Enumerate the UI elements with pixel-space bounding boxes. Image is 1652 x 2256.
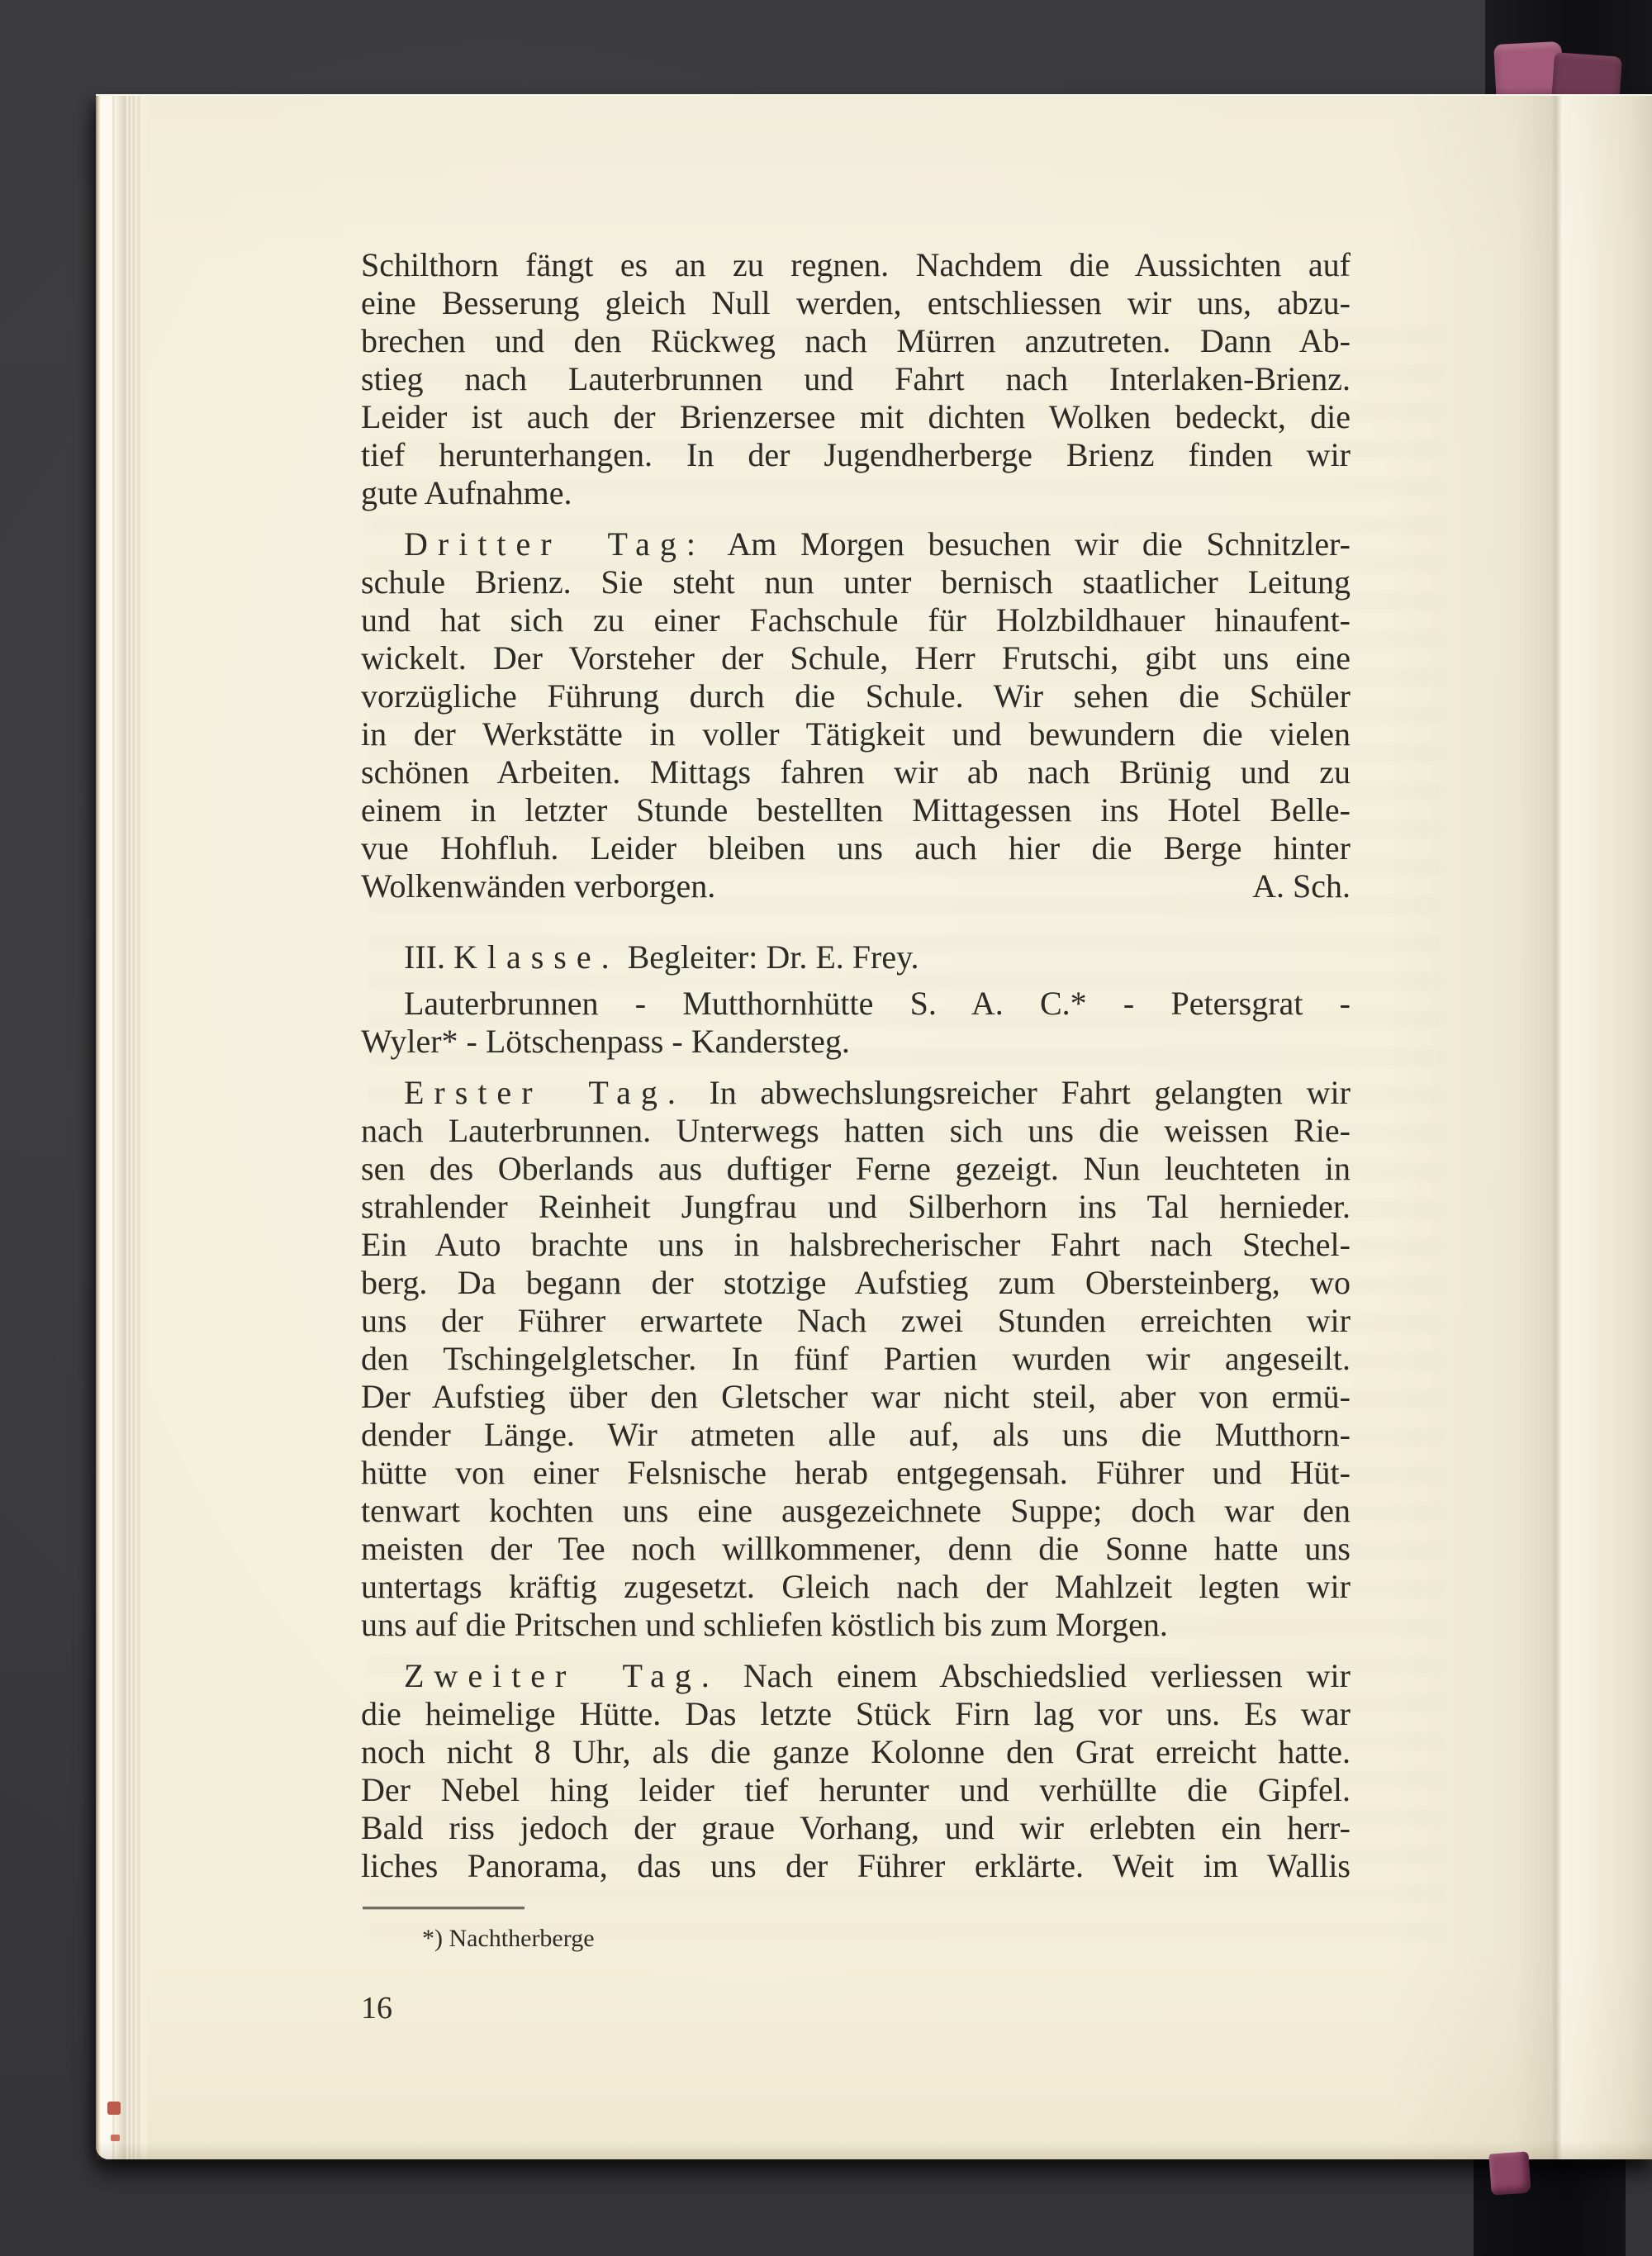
text-line-content: Dritter Tag: Am Morgen besuchen wir die … [404,525,1351,563]
text-line: nach Lauterbrunnen. Unterwegs hatten sic… [361,1112,1351,1150]
text-line-content: und hat sich zu einer Fachschule für Hol… [361,601,1351,639]
text-line: berg. Da begann der stotzige Aufstieg zu… [361,1264,1351,1302]
text-line: tief herunterhangen. In der Jugendherber… [361,436,1351,474]
text-line-content: wickelt. Der Vorsteher der Schule, Herr … [361,639,1351,677]
text-line-content: Wyler* - Lötschenpass - Kandersteg. [361,1023,850,1060]
text-line: stieg nach Lauterbrunnen und Fahrt nach … [361,360,1351,398]
text-line-content: sen des Oberlands aus duftiger Ferne gez… [361,1150,1351,1187]
text-line-content: Zweiter Tag. Nach einem Abschiedslied ve… [404,1657,1351,1694]
text-line: schönen Arbeiten. Mittags fahren wir ab … [361,753,1351,791]
text-line-content: tief herunterhangen. In der Jugendherber… [361,436,1351,473]
text-line-content: brechen und den Rückweg nach Mürren anzu… [361,322,1351,359]
text-line: Erster Tag. In abwechslungsreicher Fahrt… [361,1074,1351,1112]
book-page: Schilthorn fängt es an zu regnen. Nachde… [96,94,1652,2159]
text-line: brechen und den Rückweg nach Mürren anzu… [361,322,1351,360]
text-line: Leider ist auch der Brienzersee mit dich… [361,398,1351,436]
footnote-divider [363,1907,525,1909]
text-line: strahlender Reinheit Jungfrau und Silber… [361,1188,1351,1226]
text-line: Bald riss jedoch der graue Vorhang, und … [361,1809,1351,1847]
text-line: sen des Oberlands aus duftiger Ferne gez… [361,1150,1351,1188]
text-line: vue Hohfluh. Leider bleiben uns auch hie… [361,829,1351,867]
paragraph: Schilthorn fängt es an zu regnen. Nachde… [361,246,1351,512]
text-line: Der Nebel hing leider tief herunter und … [361,1771,1351,1809]
text-line: Lauterbrunnen - Mutthornhütte S. A. C.* … [361,985,1351,1023]
page-bottom-shading [96,2141,1652,2159]
page-stack-edges [96,96,147,2159]
footnote: *) Nachtherberge [361,1924,1351,1954]
text-line-content: Der Aufstieg über den Gletscher war nich… [361,1378,1351,1415]
text-line-content: Schilthorn fängt es an zu regnen. Nachde… [361,246,1351,283]
text-line: uns auf die Pritschen und schliefen köst… [361,1606,1351,1644]
text-line-content: Der Nebel hing leider tief herunter und … [361,1771,1351,1808]
text-line-content: nach Lauterbrunnen. Unterwegs hatten sic… [361,1112,1351,1149]
text-line: Schilthorn fängt es an zu regnen. Nachde… [361,246,1351,284]
text-line-content: Bald riss jedoch der graue Vorhang, und … [361,1809,1351,1846]
text-line: dender Länge. Wir atmeten alle auf, als … [361,1416,1351,1454]
text-line: uns der Führer erwartete Nach zwei Stund… [361,1302,1351,1340]
page-edge-red-mark [111,2135,120,2141]
text-line-content: eine Besserung gleich Null werden, entsc… [361,284,1351,321]
page-edge-red-mark [107,2102,121,2115]
text-line: Zweiter Tag. Nach einem Abschiedslied ve… [361,1657,1351,1695]
text-line: Wolkenwänden verborgen.A. Sch. [361,867,1351,905]
text-line-content: Lauterbrunnen - Mutthornhütte S. A. C.* … [404,985,1351,1022]
text-line-content: meisten der Tee noch willkommener, denn … [361,1530,1351,1567]
text-line: III. Klasse. Begleiter: Dr. E. Frey. [361,938,1351,976]
text-line-content: den Tschingelgletscher. In fünf Partien … [361,1340,1351,1377]
text-line-content: strahlender Reinheit Jungfrau und Silber… [361,1188,1351,1225]
text-line: untertags kräftig zugesetzt. Gleich nach… [361,1568,1351,1606]
text-line: hütte von einer Felsnische herab entgege… [361,1454,1351,1492]
text-line-content: stieg nach Lauterbrunnen und Fahrt nach … [361,360,1351,397]
text-line-content: schönen Arbeiten. Mittags fahren wir ab … [361,753,1351,791]
text-line-content: dender Länge. Wir atmeten alle auf, als … [361,1416,1351,1453]
text-line-content: berg. Da begann der stotzige Aufstieg zu… [361,1264,1351,1301]
text-line-content: gute Aufnahme. [361,474,572,511]
text-line: den Tschingelgletscher. In fünf Partien … [361,1340,1351,1378]
text-line: Der Aufstieg über den Gletscher war nich… [361,1378,1351,1416]
page-number: 16 [361,1990,1351,2026]
text-line-content: vorzügliche Führung durch die Schule. Wi… [361,677,1351,715]
text-line-content: einem in letzter Stunde bestellten Mitta… [361,791,1351,829]
paragraph: Zweiter Tag. Nach einem Abschiedslied ve… [361,1657,1351,1885]
paragraphs-container: Schilthorn fängt es an zu regnen. Nachde… [361,246,1351,1885]
text-line: tenwart kochten uns eine ausgezeichnete … [361,1492,1351,1530]
paragraph: Lauterbrunnen - Mutthornhütte S. A. C.* … [361,985,1351,1061]
text-line: Ein Auto brachte uns in halsbrecherische… [361,1226,1351,1264]
text-block: Schilthorn fängt es an zu regnen. Nachde… [361,246,1351,2026]
text-line-content: Wolkenwänden verborgen. [361,867,715,905]
text-line: Dritter Tag: Am Morgen besuchen wir die … [361,525,1351,563]
text-line-content: schule Brienz. Sie steht nun unter berni… [361,563,1351,601]
footnote-text: Nachtherberge [449,1925,595,1952]
gutter-fold-shading [1388,96,1652,2159]
text-line: meisten der Tee noch willkommener, denn … [361,1530,1351,1568]
text-line: wickelt. Der Vorsteher der Schule, Herr … [361,639,1351,677]
text-line: noch nicht 8 Uhr, als die ganze Kolonne … [361,1733,1351,1771]
paragraph: Dritter Tag: Am Morgen besuchen wir die … [361,525,1351,905]
text-line: eine Besserung gleich Null werden, entsc… [361,284,1351,322]
text-line: vorzügliche Führung durch die Schule. Wi… [361,677,1351,715]
text-line-content: III. Klasse. Begleiter: Dr. E. Frey. [404,938,919,976]
text-line: Wyler* - Lötschenpass - Kandersteg. [361,1023,1351,1061]
footnote-marker: *) [422,1925,443,1952]
attribution: A. Sch. [1252,867,1351,905]
text-line-content: vue Hohfluh. Leider bleiben uns auch hie… [361,829,1351,867]
text-line-content: Leider ist auch der Brienzersee mit dich… [361,398,1351,435]
text-line-content: uns der Führer erwartete Nach zwei Stund… [361,1302,1351,1339]
text-line: und hat sich zu einer Fachschule für Hol… [361,601,1351,639]
text-line: einem in letzter Stunde bestellten Mitta… [361,791,1351,829]
text-line-content: Ein Auto brachte uns in halsbrecherische… [361,1226,1351,1263]
text-line: die heimelige Hütte. Das letzte Stück Fi… [361,1695,1351,1733]
paragraph: Erster Tag. In abwechslungsreicher Fahrt… [361,1074,1351,1644]
text-line-content: in der Werkstätte in voller Tätigkeit un… [361,715,1351,753]
text-line-content: liches Panorama, das uns der Führer erkl… [361,1847,1351,1884]
bookmark-tassel [1488,2151,1531,2195]
text-line: gute Aufnahme. [361,474,1351,512]
text-line-content: tenwart kochten uns eine ausgezeichnete … [361,1492,1351,1529]
text-line: in der Werkstätte in voller Tätigkeit un… [361,715,1351,753]
text-line: liches Panorama, das uns der Führer erkl… [361,1847,1351,1885]
text-line: schule Brienz. Sie steht nun unter berni… [361,563,1351,601]
text-line-content: untertags kräftig zugesetzt. Gleich nach… [361,1568,1351,1605]
text-line-content: die heimelige Hütte. Das letzte Stück Fi… [361,1695,1351,1732]
text-line-content: hütte von einer Felsnische herab entgege… [361,1454,1351,1491]
paragraph: III. Klasse. Begleiter: Dr. E. Frey. [361,938,1351,976]
text-line-content: Erster Tag. In abwechslungsreicher Fahrt… [404,1074,1351,1111]
text-line-content: uns auf die Pritschen und schliefen köst… [361,1606,1168,1643]
text-line-content: noch nicht 8 Uhr, als die ganze Kolonne … [361,1733,1351,1770]
